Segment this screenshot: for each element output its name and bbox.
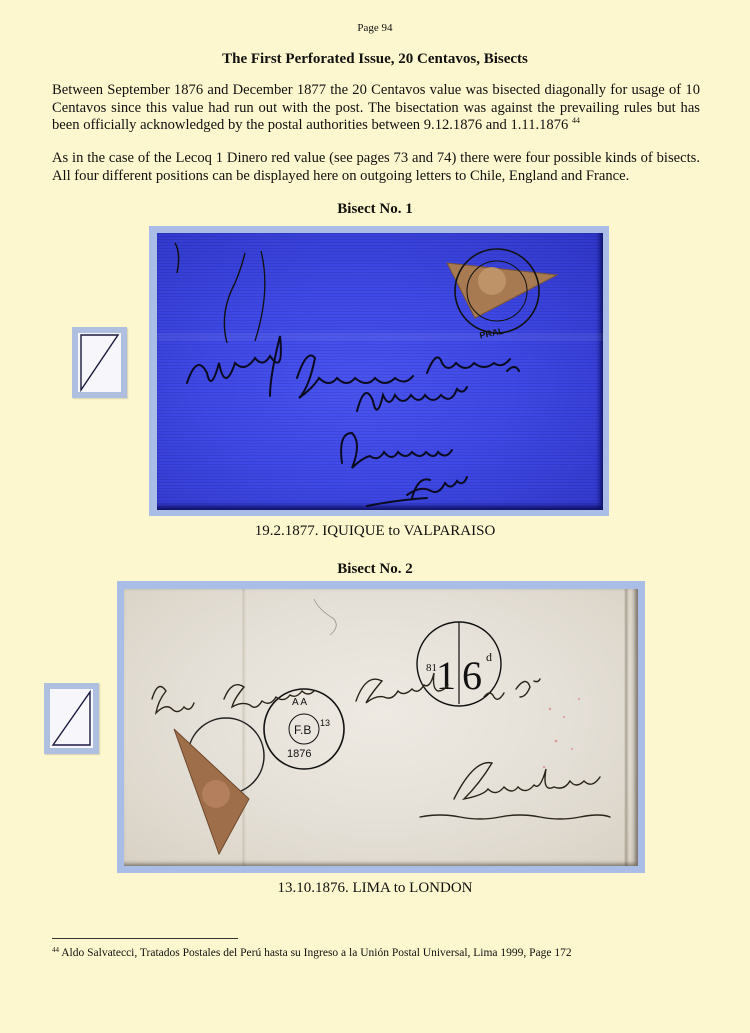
exhibit-2-heading: Bisect No. 2 [0, 561, 750, 578]
exhibit-2-cover-image: 81 1 6 d A A F.B 13 1876 [124, 589, 638, 866]
exhibit-1-caption: 19.2.1877. IQUIQUE to VALPARAISO [0, 523, 750, 540]
intro-paragraph: Between September 1876 and December 1877… [52, 82, 700, 135]
bisect-diagram-2 [44, 683, 99, 754]
cover-2-artwork: 81 1 6 d A A F.B 13 1876 [124, 589, 638, 866]
bisect-diagram-1 [72, 327, 127, 398]
svg-text:A A: A A [292, 697, 307, 708]
bisect-diagram-lower-right-triangle-icon [50, 689, 93, 748]
svg-text:6: 6 [462, 653, 482, 698]
footnote-reference: 44 [572, 116, 580, 125]
svg-text:F.B: F.B [294, 723, 311, 737]
footnote-text: Aldo Salvatecci, Tratados Postales del P… [61, 947, 571, 959]
footnote-divider [52, 938, 238, 939]
page-title: The First Perforated Issue, 20 Centavos,… [0, 51, 750, 68]
exhibit-2-caption: 13.10.1876. LIMA to LONDON [0, 880, 750, 897]
exhibit-1-heading: Bisect No. 1 [0, 201, 750, 218]
footnote-number: 44 [52, 946, 59, 954]
bisect-diagram-upper-left-triangle-icon [78, 333, 121, 392]
footnote: 44 Aldo Salvatecci, Tratados Postales de… [52, 946, 572, 959]
svg-text:d: d [486, 650, 492, 664]
exhibit-2-mount: 81 1 6 d A A F.B 13 1876 [117, 581, 645, 873]
exhibit-1-cover-image: PRAL [157, 233, 603, 510]
svg-text:1876: 1876 [287, 748, 311, 760]
svg-text:13: 13 [320, 718, 330, 728]
page-number: Page 94 [0, 22, 750, 34]
intro-paragraph-text: Between September 1876 and December 1877… [52, 82, 700, 133]
cover-1-artwork: PRAL [157, 233, 603, 510]
context-paragraph: As in the case of the Lecoq 1 Dinero red… [52, 150, 700, 185]
exhibit-1-mount: PRAL [149, 226, 609, 516]
